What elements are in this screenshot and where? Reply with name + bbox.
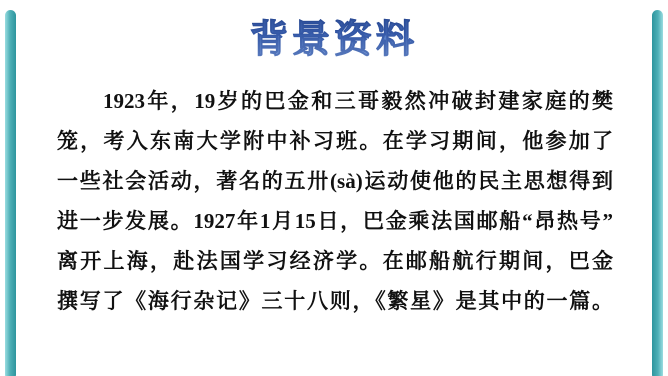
body-paragraph: 1923年，19岁的巴金和三哥毅然冲破封建家庭的樊 笼，考入东南大学附中补习班。…	[57, 81, 613, 321]
slide-title: 背景资料	[250, 8, 418, 63]
paragraph-line-6: 撰写了《海行杂记》三十八则，《繁星》是其中的一篇。	[57, 281, 613, 321]
paragraph-line-3: 一些社会活动，著名的五卅(sà)运动使他的民主思想得到	[57, 161, 613, 201]
paragraph-line-1: 1923年，19岁的巴金和三哥毅然冲破封建家庭的樊	[57, 81, 613, 121]
paragraph-line-5: 离开上海，赴法国学习经济学。在邮船航行期间，巴金	[57, 241, 613, 281]
slide: 背景资料 1923年，19岁的巴金和三哥毅然冲破封建家庭的樊 笼，考入东南大学附…	[0, 0, 668, 376]
paragraph-line-4: 进一步发展。1927年1月15日，巴金乘法国邮船“昂热号”	[57, 201, 613, 241]
left-decor-bar	[5, 10, 16, 376]
right-decor-bar	[652, 10, 663, 376]
paragraph-line-2: 笼，考入东南大学附中补习班。在学习期间，他参加了	[57, 121, 613, 161]
